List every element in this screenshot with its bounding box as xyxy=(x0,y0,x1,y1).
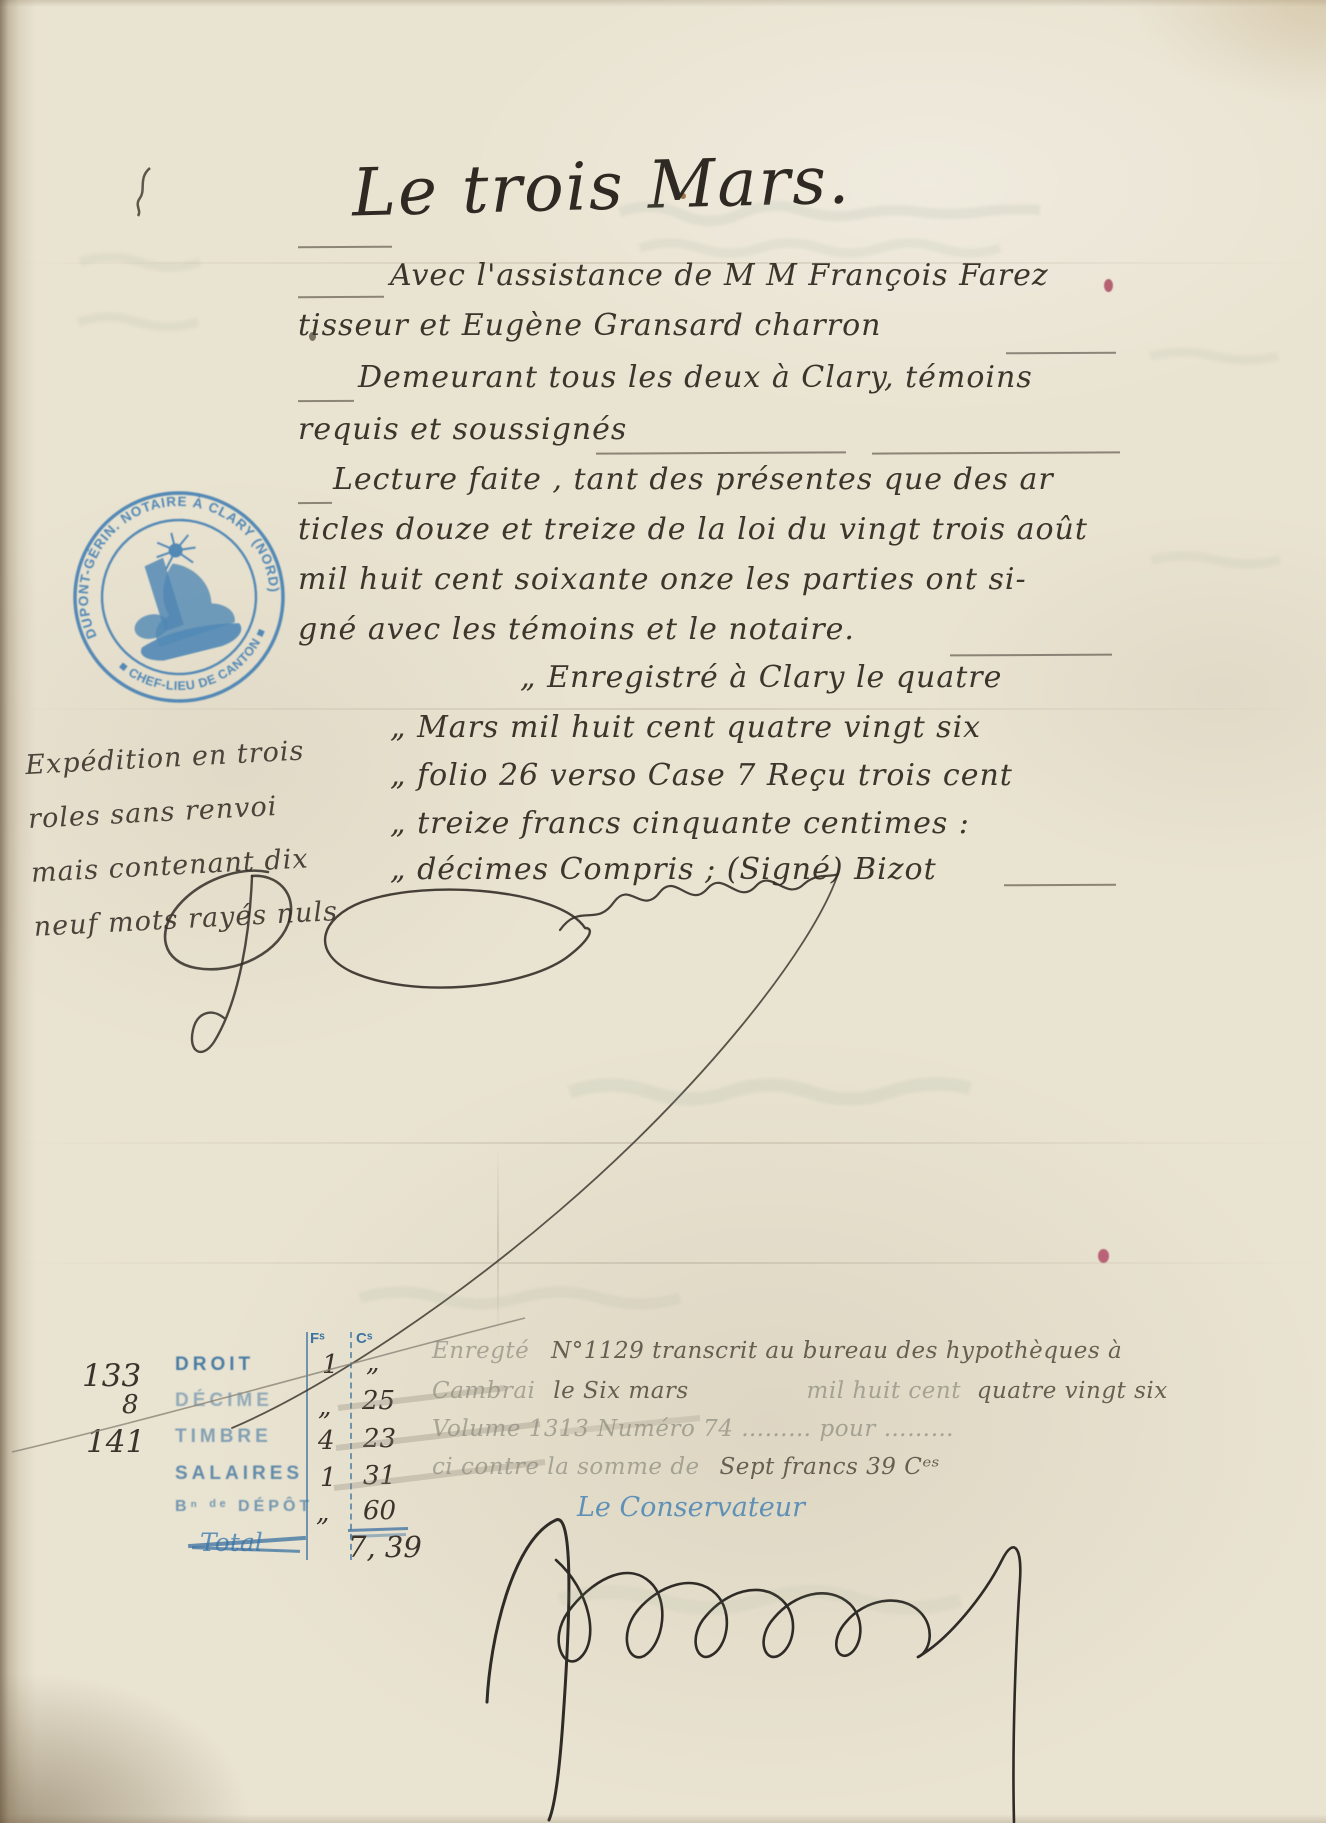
body-line: mil huit cent soixante onze les parties … xyxy=(298,562,1027,597)
fee-value-centimes: 60 xyxy=(363,1496,396,1526)
registry-line: ci contre la somme de Sept francs 39 Cᵉˢ xyxy=(432,1454,940,1480)
stamp-seated-figure xyxy=(114,522,244,666)
fee-row-label: TIMBRE xyxy=(175,1426,272,1448)
body-line: „ Mars mil huit cent quatre vingt six xyxy=(390,710,981,745)
fee-row-label: Bⁿ ᵈᵉ DÉPÔT xyxy=(175,1498,313,1516)
fee-value-centimes: 31 xyxy=(363,1461,396,1491)
fee-table: Fˢ Cˢ DROIT DÉCIME TIMBRE SALAIRES Bⁿ ᵈᵉ… xyxy=(60,1328,480,1573)
paper-crease xyxy=(497,1148,499,1338)
ink-squiggle xyxy=(138,168,150,216)
ink-rule xyxy=(298,296,384,298)
registry-faint-text: Enregté xyxy=(432,1338,529,1364)
fee-total-value: 7, 39 xyxy=(348,1530,422,1564)
paper-crease xyxy=(0,1262,1326,1264)
registry-faint-text: mil huit cent xyxy=(697,1378,961,1404)
registry-line: Volume 1313 Numéro 74 ……… pour ……… xyxy=(432,1416,954,1442)
fee-row-label: DÉCIME xyxy=(175,1390,273,1412)
ink-rule xyxy=(950,654,1112,657)
fee-row-label: DROIT xyxy=(175,1354,254,1376)
body-line: „ Enregistré à Clary le quatre xyxy=(520,660,1002,695)
red-wax-speck xyxy=(1104,279,1113,292)
body-line: Avec l'assistance de M M François Farez xyxy=(390,258,1049,293)
fee-value-francs: „ xyxy=(318,1392,331,1422)
registry-dark-text: le Six mars xyxy=(543,1378,689,1404)
ink-rule xyxy=(1004,884,1116,887)
fee-table-column-rule xyxy=(306,1332,308,1560)
fee-value-francs: 1 xyxy=(322,1350,339,1380)
body-line: gné avec les témoins et le notaire. xyxy=(298,612,855,647)
document-title: Le trois Mars. xyxy=(351,141,852,231)
registry-dark-text: Sept francs 39 Cᵉˢ xyxy=(707,1454,940,1480)
registry-line: Cambrai le Six mars mil huit cent quatre… xyxy=(432,1378,1168,1404)
body-line: „ treize francs cinquante centimes : xyxy=(390,806,970,841)
fee-value-francs: 4 xyxy=(318,1426,335,1456)
registry-dark-text: quatre vingt six xyxy=(969,1378,1168,1404)
red-wax-speck xyxy=(1098,1249,1109,1263)
fee-value-centimes: 25 xyxy=(362,1386,395,1416)
registry-line: Enregté N°1129 transcrit au bureau des h… xyxy=(432,1338,1122,1364)
registry-faint-text: Cambrai xyxy=(432,1378,535,1404)
body-line: ticles douze et treize de la loi du ving… xyxy=(298,512,1088,547)
notary-stamp: DUPONT-GÉRIN. NOTAIRE À CLARY (NORD) ■ C… xyxy=(32,450,325,743)
fee-table-column-rule xyxy=(350,1332,352,1560)
conservateur-signature xyxy=(487,1520,1020,1822)
margin-note: Expédition en trois roles sans renvoi ma… xyxy=(25,734,340,966)
ink-rule xyxy=(872,451,1120,454)
fee-value-centimes: 23 xyxy=(363,1424,396,1454)
body-line: tisseur et Eugène Gransard charron xyxy=(298,308,881,343)
body-line: Lecture faite , tant des présentes que d… xyxy=(333,462,1054,497)
fee-value-francs: „ xyxy=(316,1498,329,1528)
ink-rule xyxy=(596,451,846,454)
ink-rule xyxy=(1006,352,1116,355)
fee-value-centimes: „ xyxy=(366,1348,379,1378)
ink-rule xyxy=(298,502,332,504)
body-line: „ décimes Compris ; (Signé) Bizot xyxy=(390,852,937,887)
body-line: requis et soussignés xyxy=(298,412,627,447)
fee-col-header-centimes: Cˢ xyxy=(356,1330,372,1347)
ink-rule xyxy=(298,400,354,402)
paper-crease xyxy=(0,1142,1326,1144)
fee-row-label: SALAIRES xyxy=(175,1463,303,1485)
fee-col-header-francs: Fˢ xyxy=(310,1330,325,1347)
body-line: Demeurant tous les deux à Clary, témoins xyxy=(358,360,1033,395)
body-line: „ folio 26 verso Case 7 Reçu trois cent xyxy=(390,758,1013,793)
fee-value-francs: 1 xyxy=(320,1463,337,1493)
ink-rule xyxy=(298,246,392,248)
registry-faint-text: ci contre la somme de xyxy=(432,1454,700,1480)
scanned-notarial-document: Le trois Mars. Avec l'assistance de M M … xyxy=(0,0,1326,1823)
conservateur-signoff: Le Conservateur xyxy=(577,1492,805,1523)
registry-dark-text: N°1129 transcrit au bureau des hypothèqu… xyxy=(537,1338,1122,1364)
